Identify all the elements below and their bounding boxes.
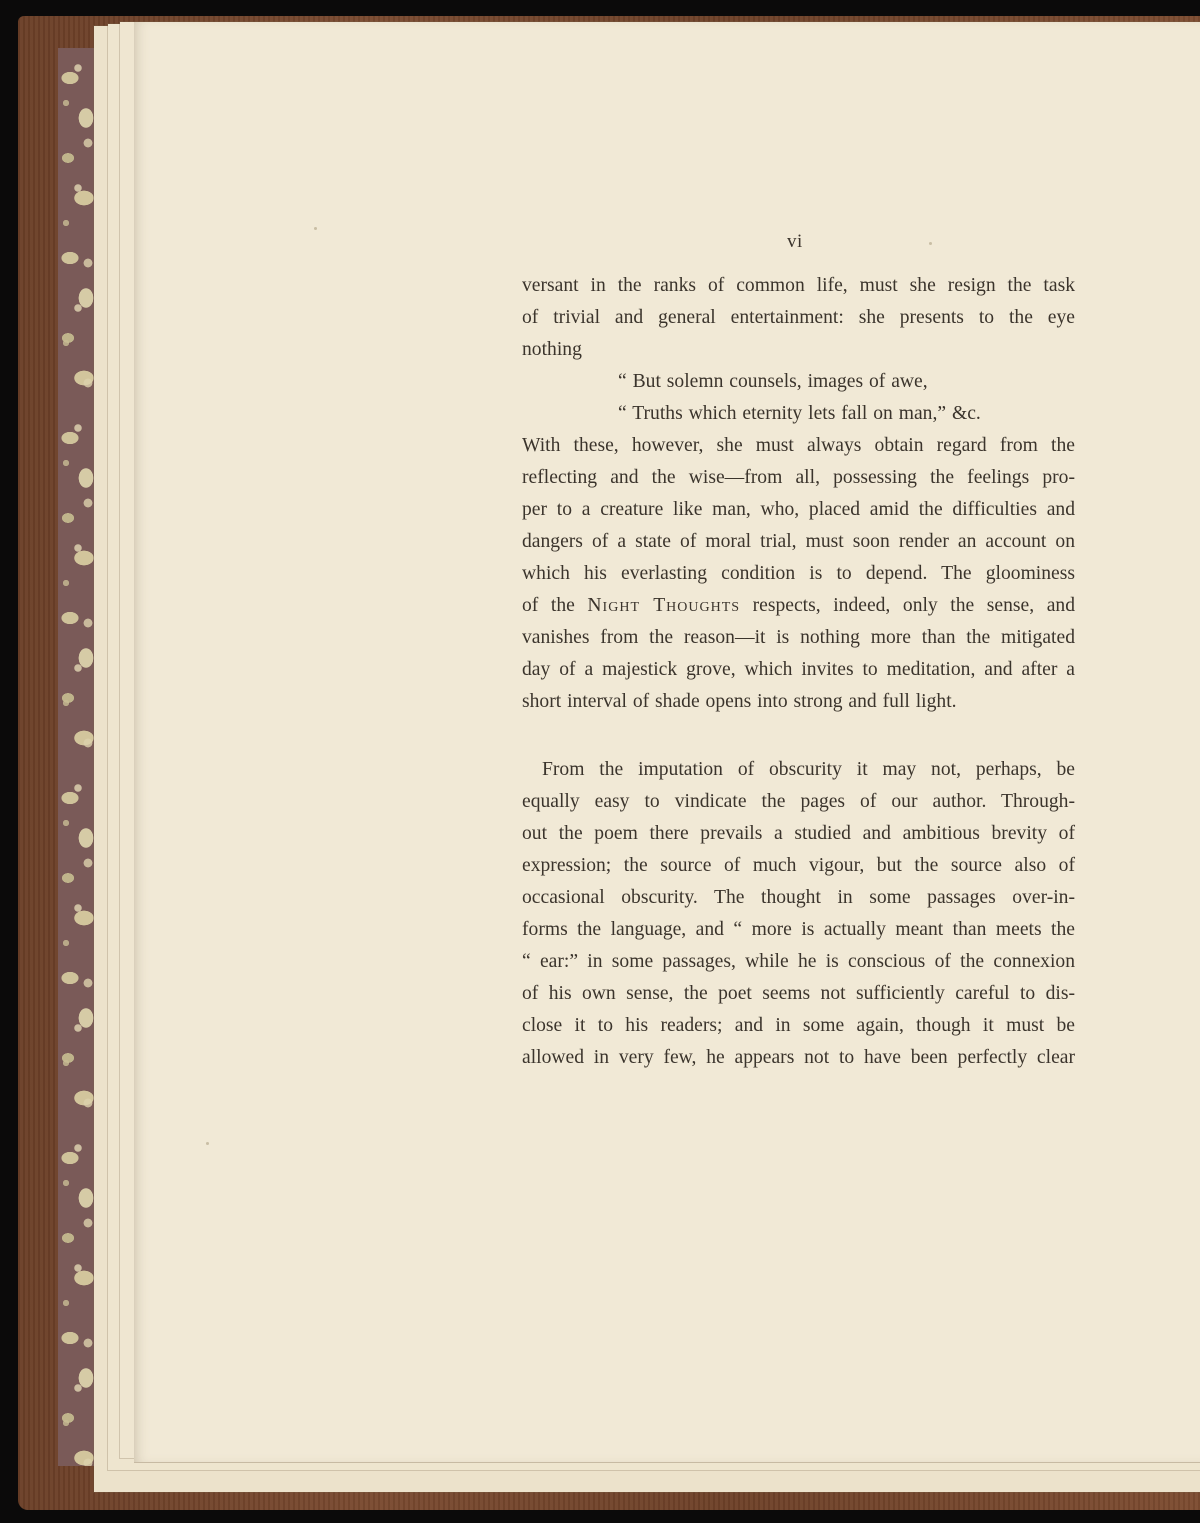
text-line-with-title: of the Night Thoughts respects, indeed, … <box>522 590 1075 622</box>
text-line: “ ear:” in some passages, while he is co… <box>522 946 1075 978</box>
paper-speck <box>314 227 317 230</box>
paragraph-gap <box>522 718 1075 754</box>
work-title: Night Thoughts <box>587 595 740 616</box>
verse-quotation: “ But solemn counsels, images of awe, “ … <box>522 366 1075 430</box>
text-line: allowed in very few, he appears not to h… <box>522 1042 1075 1074</box>
text-line: nothing <box>522 334 1075 366</box>
text-fragment: respects, indeed, only the sense, and <box>753 595 1075 616</box>
page-number: vi <box>787 231 803 253</box>
paragraph-2: With these, however, she must always obt… <box>522 430 1075 718</box>
text-line: which his everlasting condition is to de… <box>522 558 1075 590</box>
text-line: reflecting and the wise—from all, posses… <box>522 462 1075 494</box>
text-fragment: of the <box>522 595 575 616</box>
body-text: versant in the ranks of common life, mus… <box>522 270 1075 1074</box>
quote-line: “ But solemn counsels, images of awe, <box>522 366 1075 398</box>
text-line: vanishes from the reason—it is nothing m… <box>522 622 1075 654</box>
text-line: day of a majestick grove, which invites … <box>522 654 1075 686</box>
text-line: out the poem there prevails a studied an… <box>522 818 1075 850</box>
text-line: equally easy to vindicate the pages of o… <box>522 786 1075 818</box>
text-line: dangers of a state of moral trial, must … <box>522 526 1075 558</box>
paragraph-3: From the imputation of obscurity it may … <box>522 754 1075 1074</box>
text-line: versant in the ranks of common life, mus… <box>522 270 1075 302</box>
paper-speck <box>929 242 932 245</box>
paragraph-1: versant in the ranks of common life, mus… <box>522 270 1075 366</box>
text-line: close it to his readers; and in some aga… <box>522 1010 1075 1042</box>
text-line: of trivial and general entertainment: sh… <box>522 302 1075 334</box>
text-line: of his own sense, the poet seems not suf… <box>522 978 1075 1010</box>
text-line: With these, however, she must always obt… <box>522 430 1075 462</box>
text-line: short interval of shade opens into stron… <box>522 686 1075 718</box>
text-line: expression; the source of much vigour, b… <box>522 850 1075 882</box>
marbled-endpaper <box>58 48 96 1466</box>
text-line: per to a creature like man, who, placed … <box>522 494 1075 526</box>
text-line: forms the language, and “ more is actual… <box>522 914 1075 946</box>
text-line: occasional obscurity. The thought in som… <box>522 882 1075 914</box>
text-line: From the imputation of obscurity it may … <box>522 754 1075 786</box>
quote-line: “ Truths which eternity lets fall on man… <box>522 398 1075 430</box>
paper-speck <box>206 1142 209 1145</box>
